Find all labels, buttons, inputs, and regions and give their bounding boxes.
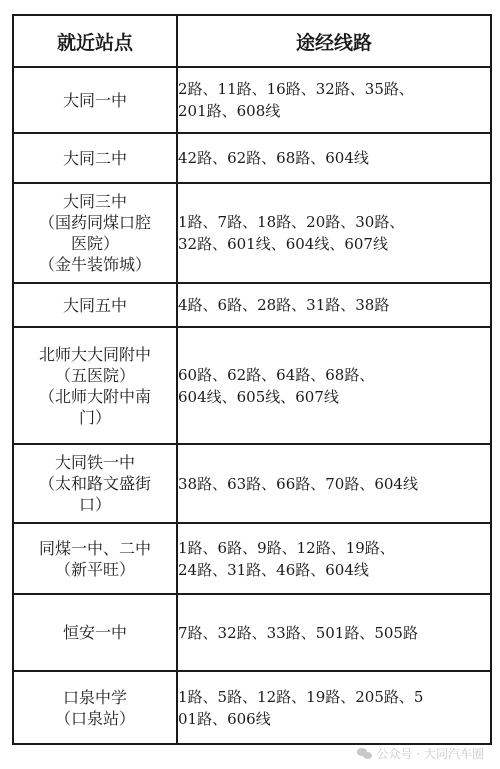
route-list-cell: 1路、7路、18路、20路、30路、32路、601线、604线、607线 (177, 183, 491, 283)
route-list-line: 1路、7路、18路、20路、30路、 (178, 211, 490, 233)
watermark-text: 公众号 · 大同汽车圈 (377, 745, 484, 762)
route-list-cell: 1路、6路、9路、12路、19路、24路、31路、46路、604线 (177, 523, 491, 594)
table-row: 恒安一中7路、32路、33路、501路、505路 (13, 594, 491, 671)
route-list-line: 38路、63路、66路、70路、604线 (178, 473, 490, 495)
route-list-cell: 7路、32路、33路、501路、505路 (177, 594, 491, 671)
stop-name-line: 大同一中 (14, 90, 176, 111)
table-row: 大同一中2路、11路、16路、32路、35路、201路、608线 (13, 67, 491, 133)
table-row: 北师大大同附中（五医院）（北师大附中南门）60路、62路、64路、68路、604… (13, 327, 491, 444)
stop-name-cell: 北师大大同附中（五医院）（北师大附中南门） (13, 327, 177, 444)
route-list-cell: 4路、6路、28路、31路、38路 (177, 283, 491, 327)
route-list-cell: 38路、63路、66路、70路、604线 (177, 444, 491, 523)
stop-name-line: （国药同煤口腔 (14, 212, 176, 233)
route-list-line: 2路、11路、16路、32路、35路、 (178, 78, 490, 100)
wechat-icon (357, 748, 373, 760)
stop-name-cell: 恒安一中 (13, 594, 177, 671)
route-list-line: 24路、31路、46路、604线 (178, 559, 490, 581)
route-list-cell: 42路、62路、68路、604线 (177, 133, 491, 183)
stop-name-line: （口泉站） (14, 708, 176, 729)
stop-name-line: 北师大大同附中 (14, 344, 176, 365)
header-row: 就近站点 途经线路 (13, 15, 491, 67)
stop-name-cell: 大同五中 (13, 283, 177, 327)
route-list-line: 01路、606线 (178, 708, 490, 730)
stop-name-line: 大同二中 (14, 148, 176, 169)
stop-name-line: （太和路文盛街 (14, 473, 176, 494)
stop-name-line: 大同五中 (14, 295, 176, 316)
stop-name-cell: 口泉中学（口泉站） (13, 671, 177, 744)
table-row: 大同二中42路、62路、68路、604线 (13, 133, 491, 183)
route-list-cell: 60路、62路、64路、68路、604线、605线、607线 (177, 327, 491, 444)
route-list-line: 42路、62路、68路、604线 (178, 147, 490, 169)
stop-name-line: 大同三中 (14, 191, 176, 212)
stop-name-cell: 大同铁一中（太和路文盛街口） (13, 444, 177, 523)
header-routes: 途经线路 (177, 15, 491, 67)
stop-name-line: （北师大附中南 (14, 386, 176, 407)
table-row: 大同三中（国药同煤口腔医院）（金牛装饰城）1路、7路、18路、20路、30路、3… (13, 183, 491, 283)
route-list-cell: 1路、5路、12路、19路、205路、501路、606线 (177, 671, 491, 744)
route-list-line: 1路、5路、12路、19路、205路、5 (178, 686, 490, 708)
stop-name-line: （新平旺） (14, 559, 176, 580)
stop-name-line: 大同铁一中 (14, 452, 176, 473)
table-row: 同煤一中、二中（新平旺）1路、6路、9路、12路、19路、24路、31路、46路… (13, 523, 491, 594)
table-row: 口泉中学（口泉站）1路、5路、12路、19路、205路、501路、606线 (13, 671, 491, 744)
stop-name-cell: 大同三中（国药同煤口腔医院）（金牛装饰城） (13, 183, 177, 283)
route-list-line: 1路、6路、9路、12路、19路、 (178, 537, 490, 559)
route-list-line: 60路、62路、64路、68路、 (178, 364, 490, 386)
table-row: 大同铁一中（太和路文盛街口）38路、63路、66路、70路、604线 (13, 444, 491, 523)
route-list-cell: 2路、11路、16路、32路、35路、201路、608线 (177, 67, 491, 133)
stop-name-line: 口） (14, 494, 176, 515)
stop-name-line: 医院） (14, 233, 176, 254)
stop-name-cell: 同煤一中、二中（新平旺） (13, 523, 177, 594)
route-list-line: 7路、32路、33路、501路、505路 (178, 622, 490, 644)
watermark: 公众号 · 大同汽车圈 (357, 745, 484, 762)
stop-name-line: 门） (14, 407, 176, 428)
bus-routes-table: 就近站点 途经线路 大同一中2路、11路、16路、32路、35路、201路、60… (12, 14, 492, 745)
stop-name-line: 口泉中学 (14, 687, 176, 708)
stop-name-line: 恒安一中 (14, 622, 176, 643)
route-list-line: 201路、608线 (178, 100, 490, 122)
stop-name-line: （金牛装饰城） (14, 254, 176, 275)
route-list-line: 32路、601线、604线、607线 (178, 233, 490, 255)
route-list-line: 4路、6路、28路、31路、38路 (178, 294, 490, 316)
stop-name-cell: 大同一中 (13, 67, 177, 133)
stop-name-line: 同煤一中、二中 (14, 538, 176, 559)
header-nearest-stop: 就近站点 (13, 15, 177, 67)
stop-name-cell: 大同二中 (13, 133, 177, 183)
stop-name-line: （五医院） (14, 365, 176, 386)
route-list-line: 604线、605线、607线 (178, 386, 490, 408)
table-row: 大同五中4路、6路、28路、31路、38路 (13, 283, 491, 327)
